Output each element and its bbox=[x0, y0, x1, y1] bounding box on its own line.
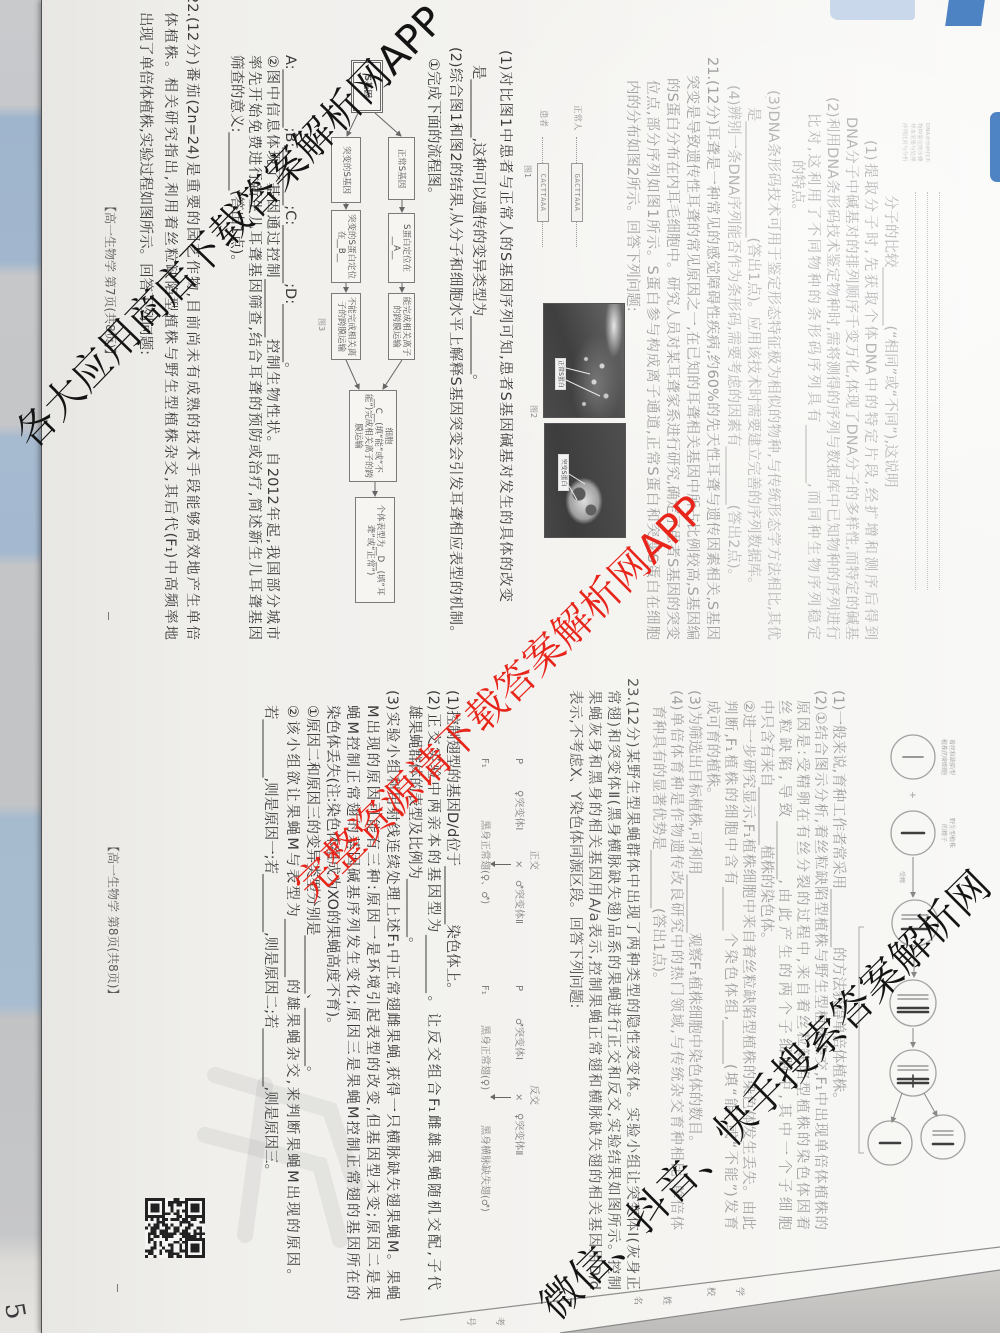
flow-box-mutant-transport: 不能完成相关离子的跨膜运输 bbox=[331, 293, 361, 360]
parent-label: ♂突变体Ⅰ bbox=[512, 1018, 524, 1060]
q20-line: (2)利用DNA条形码技术鉴定物种时,需将测得的序列与数据库中已知物种的序列进行 bbox=[824, 97, 840, 640]
figure-caption: 图1 bbox=[522, 165, 532, 178]
fertilization-label: 受精 bbox=[898, 871, 906, 883]
figure-1-sequences: 正常人 GACTTAAA 患者 CACTTAAA 图1 bbox=[515, 100, 590, 270]
row-label: 正常人 bbox=[571, 105, 583, 131]
offspring-label: 黑身正常翅(♀) bbox=[478, 1025, 490, 1090]
table-row: DNA条形码技术 bbox=[923, 123, 931, 180]
flow-box-normal-gene: 正常S基因 bbox=[388, 137, 415, 200]
table-row: 物种鉴定的步骤 bbox=[915, 123, 923, 180]
sequence-row-normal: 正常人 GACTTAAA bbox=[571, 100, 583, 270]
q22-sub2-line: (2)①结合图示分析,着丝粒缺陷型植株与野生型植株杂交,F₁中出现单倍体植株的 bbox=[812, 690, 828, 1230]
table-row: 序列比对与分析 bbox=[900, 123, 908, 180]
page-tick-mark bbox=[117, 1284, 118, 1292]
photo-label: 正常S蛋白 bbox=[555, 358, 566, 390]
figure-caption: 图2 bbox=[528, 405, 538, 418]
page-8-footer: 【高一生物学 第8页(共8页)】 bbox=[106, 840, 120, 1000]
q20-line: 是________________(答出1点)。应用该技术时需要建立完善的序列数… bbox=[745, 107, 761, 592]
dna-strand bbox=[542, 222, 543, 247]
q21-sub2-instruction: ①完成下面的流程图。 bbox=[425, 58, 441, 202]
q22-sub3-line: (3)为筛选出目标植株,可利用________观察F₁植株细胞中染色体的数目。 bbox=[686, 690, 702, 1150]
q21-sub2-line: (2)综合图1和图2的结果,从分子和细胞水平上解释S基因突变会引发耳聋相应表型的… bbox=[447, 47, 463, 640]
q22-sub4-line: 育种具有的显著优势是________(答出1点)。 bbox=[650, 705, 666, 987]
parent-label: ♂突变体Ⅱ bbox=[512, 880, 524, 924]
q22-sub2-line: 丝粒缺陷,导致________,由此产生的两个子细胞中,其中一个子细胞 bbox=[776, 700, 792, 1230]
q23-sub3b-line: 若________,则是原因一;若________,则是原因二;若_______… bbox=[262, 705, 278, 1178]
p-label: P bbox=[512, 758, 524, 764]
dotted-leader bbox=[939, 192, 940, 590]
parent-label: ♀突变体Ⅱ bbox=[512, 1113, 524, 1155]
dotted-leader bbox=[927, 192, 928, 590]
flow-box-normal-transport: 能完成相关离子的跨膜运输 bbox=[388, 293, 415, 360]
f1-label: F₁ bbox=[478, 758, 490, 768]
q21-intro-line: 突变是导致遗传性耳聋的常见原因之一,在已知的耳聋相关基因中所占比例较高,S基因编… bbox=[684, 75, 700, 640]
cross-symbol: × bbox=[512, 1093, 524, 1101]
table-row: 样本采集与处理 bbox=[908, 123, 916, 180]
q21-sub2b-line: 率先开始免费进行新生儿耳聋基因筛查,结合耳聋的预防或治疗,简述新生儿耳聋基因 bbox=[246, 55, 262, 640]
photo-label: 突变S蛋白 bbox=[558, 454, 569, 491]
q20-line: 分子的比较________(“相同”或“不同”),这说明 bbox=[882, 195, 898, 487]
q20-line: (4)辨别一条DNA序列能否作为条形码,需要考虑的因素有________(答出2… bbox=[725, 85, 741, 583]
offspring-label: 黑身正常翅(♀、♂) bbox=[478, 820, 490, 904]
p-label: P bbox=[512, 985, 524, 991]
q20-line: 比对,这利用了不同物种的条形码序列具有________,而同种生物序列稳定 bbox=[805, 113, 821, 640]
q23-intro-line: 常翅)和突变体Ⅱ(黑身横脉缺失翅)品系的果蝇进行正交和反交,实验结果如图所示。控… bbox=[605, 690, 621, 1290]
margin-label-name: 姓名 bbox=[614, 1293, 672, 1306]
sperm-label: 野生型植株 bbox=[948, 818, 956, 848]
micrograph-mutant-protein: 突变S蛋白 bbox=[544, 423, 626, 538]
cross-symbol: × bbox=[512, 860, 524, 868]
down-arrow-icon bbox=[494, 864, 511, 865]
q20-small-table: DNA条形码技术 物种鉴定的步骤 样本采集与处理 序列比对与分析 bbox=[900, 123, 930, 180]
q21-intro-line: 内的分布如图2所示。回答下列问题: bbox=[624, 80, 640, 312]
pointer-arrows bbox=[545, 424, 625, 537]
cross-label: 反交 bbox=[527, 1085, 539, 1105]
flow-box-mutant-protein: 突变的S蛋白定位在__B__ bbox=[331, 210, 361, 283]
sequence-box: GACTTAAA bbox=[571, 163, 583, 222]
dna-strand bbox=[542, 137, 543, 163]
cross-label: 正交 bbox=[527, 850, 539, 870]
dna-strand bbox=[576, 137, 577, 163]
flowchart-answer-line: A:________;B:________;C:________;D:_____… bbox=[282, 55, 298, 377]
margin-label-exam-number: 考号 bbox=[447, 1314, 505, 1327]
figure-caption: 图3 bbox=[316, 318, 326, 331]
sequence-box: CACTTAAA bbox=[537, 163, 549, 222]
margin-label-school: 学校 bbox=[687, 1284, 745, 1297]
sperm-label: 的精子 bbox=[940, 824, 948, 842]
flow-box-phenotype: 个体表型为__D__(填“耳聋”或“正常”) bbox=[355, 497, 395, 603]
flow-box-cell-result: 细胞__C__(填“能”或“不能”)完成相关离子的跨膜运输 bbox=[349, 390, 397, 482]
egg-label: 着丝粒缺陷型 bbox=[948, 739, 956, 775]
dna-strand bbox=[576, 222, 577, 247]
row-label: 患者 bbox=[537, 110, 549, 127]
q23-sub3b-line: ②该小组欲让果蝇M与表型为________的雄果蝇杂交,来判断果蝇M出现的原因。 bbox=[284, 705, 300, 1283]
q20-line: 的特点。 bbox=[789, 160, 805, 218]
q22-sub2-line: 原因是:受精卵在有丝分裂的过程中,来自着丝粒缺陷型植株的染色体因着 bbox=[794, 700, 810, 1230]
q23-sub3-line: 蝇M控制正常翅的基因碱基序列发生变化;原因三是果蝇M控制正常翅的基因所在的 bbox=[344, 705, 360, 1300]
q22-intro-line: 22.(12分)番茄(2n=24)是重要的园艺作物,目前尚未有成熟的技术手段能够… bbox=[184, 0, 200, 640]
sequence-row-patient: 患者 CACTTAAA bbox=[537, 100, 549, 270]
micrograph-normal-protein: 正常S蛋白 bbox=[543, 303, 625, 418]
q22-sub2-line: 成可育的植株。 bbox=[704, 700, 720, 802]
q20-line: (3)DNA条形码技术可用于鉴定形态特征极为相似的物种,与传统形态学方法相比,其… bbox=[765, 90, 781, 640]
q21-sub1-line: (1)对比图1中患者与正常人的S基因序列可知,患者S基因碱基对发生的具体的改变 bbox=[497, 50, 513, 602]
parent-label: ♀突变体Ⅰ bbox=[512, 790, 524, 830]
f1-label: F₁ bbox=[478, 985, 490, 995]
q22-sub2-line: 中只含有来自________植株的染色体。 bbox=[758, 700, 774, 947]
offspring-label: 黑身横脉缺失翅(♂) bbox=[478, 1125, 490, 1212]
desk-surface bbox=[0, 0, 44, 1333]
dotted-leader bbox=[915, 192, 916, 590]
q23-intro-line: 表示,不考虑X、Y染色体同源区段。回答下列问题: bbox=[567, 690, 583, 1008]
plus-sign: + bbox=[907, 791, 917, 799]
q23-intro-line: 果蝇灰身和黑身的相关基因用A/a表示,控制果蝇正常翅和横脉缺失翅的相关基因用D/… bbox=[586, 690, 602, 1290]
q20-line: DNA分子中碱基对的排列顺序千变万化,体现了DNA分子的多样性,而特定的碱基 bbox=[843, 117, 859, 640]
q21-sub1-answer-line: 是________,这种可以遗传的变异类型为________。 bbox=[470, 65, 486, 389]
page-tick-mark bbox=[108, 612, 109, 620]
down-arrow-icon bbox=[494, 1097, 511, 1098]
q21-intro-line: 21.(12分)耳聋是一种常见的感觉障碍性疾病,约60%的先天性耳聋与遗传因素相… bbox=[704, 57, 720, 640]
flow-box-normal-protein: S蛋白定位在__A__ bbox=[388, 213, 415, 283]
q20-line: (1)提取分子时,先获取个体DNA中的特定片段,经扩增和测序后得到 bbox=[862, 140, 878, 640]
egg-label: 植株的卵细胞 bbox=[940, 739, 948, 775]
qr-code bbox=[145, 1198, 205, 1258]
